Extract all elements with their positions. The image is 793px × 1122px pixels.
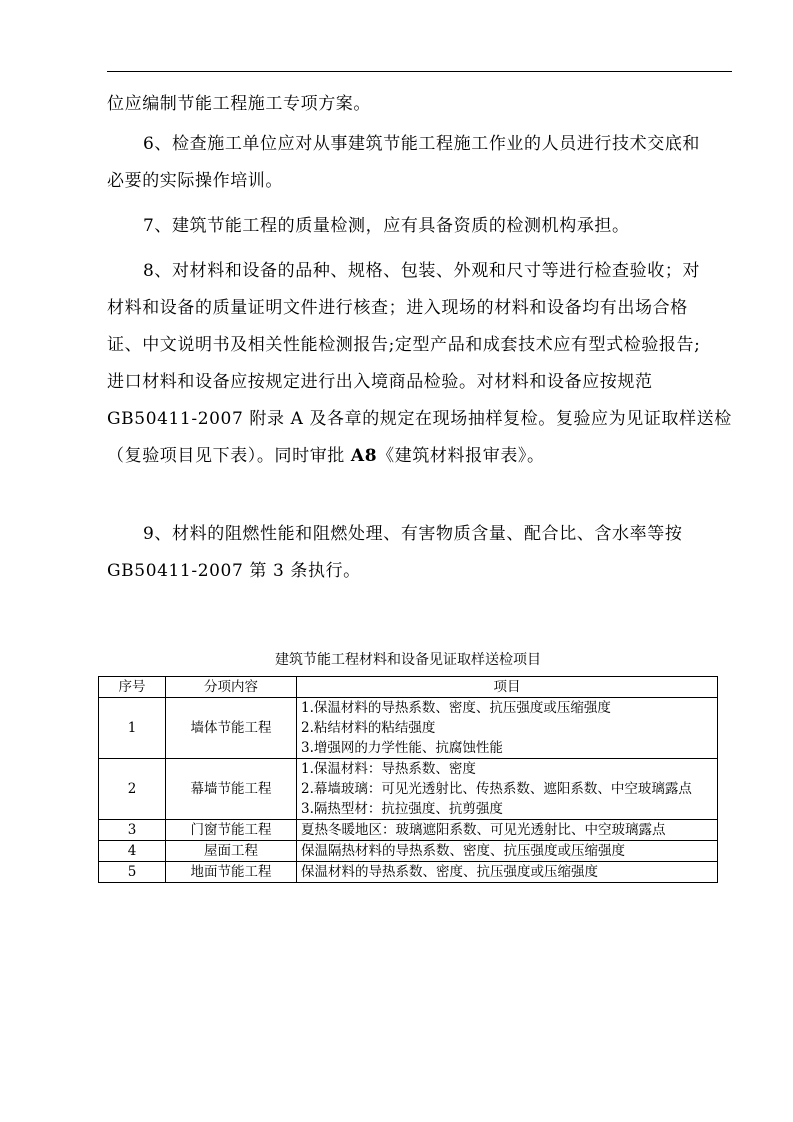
header-items: 项目 [297,677,718,698]
cell-sub: 地面节能工程 [166,862,297,883]
item-line: 保温隔热材料的导热系数、密度、抗压强度或压缩强度 [301,841,713,861]
text-run: （复验项目见下表）。同时审批 [107,446,351,466]
table-row: 5 地面节能工程 保温材料的导热系数、密度、抗压强度或压缩强度 [99,862,718,883]
cell-no: 3 [99,820,166,841]
table-row: 1 墙体节能工程 1.保温材料的导热系数、密度、抗压强度或压缩强度 2.粘结材料… [99,698,718,759]
cell-items: 1.保温材料的导热系数、密度、抗压强度或压缩强度 2.粘结材料的粘结强度 3.增… [297,698,718,759]
table-row: 4 屋面工程 保温隔热材料的导热系数、密度、抗压强度或压缩强度 [99,841,718,862]
cell-no: 4 [99,841,166,862]
table-row: 3 门窗节能工程 夏热冬暖地区：玻璃遮阳系数、可见光透射比、中空玻璃露点 [99,820,718,841]
header-rule [107,71,732,72]
item-line: 3.增强网的力学性能、抗腐蚀性能 [301,738,713,758]
cell-no: 5 [99,862,166,883]
text-line: GB50411-2007 附录 A 及各章的规定在现场抽样复检。复验应为见证取样… [107,401,733,438]
cell-items: 保温隔热材料的导热系数、密度、抗压强度或压缩强度 [297,841,718,862]
cell-items: 夏热冬暖地区：玻璃遮阳系数、可见光透射比、中空玻璃露点 [297,820,718,841]
inspection-items-table: 序号 分项内容 项目 1 墙体节能工程 1.保温材料的导热系数、密度、抗压强度或… [98,676,718,883]
text-line: （复验项目见下表）。同时审批 A8《建筑材料报审表》。 [107,438,733,475]
cell-sub: 门窗节能工程 [166,820,297,841]
cell-sub: 屋面工程 [166,841,297,862]
table-caption: 建筑节能工程材料和设备见证取样送检项目 [98,651,718,669]
item-line: 夏热冬暖地区：玻璃遮阳系数、可见光透射比、中空玻璃露点 [301,820,713,840]
item-line: 1.保温材料的导热系数、密度、抗压强度或压缩强度 [301,698,713,718]
text-line: 8、对材料和设备的品种、规格、包装、外观和尺寸等进行检查验收；对 [107,253,733,290]
cell-sub: 幕墙节能工程 [166,759,297,820]
text-line: GB50411-2007 第 3 条执行。 [107,553,733,590]
header-no: 序号 [99,677,166,698]
paragraph-5-tail: 位应编制节能工程施工专项方案。 [107,86,733,123]
text-line: 必要的实际操作培训。 [107,163,733,200]
header-sub: 分项内容 [166,677,297,698]
text-line: 进口材料和设备应按规定进行出入境商品检验。对材料和设备应按规范 [107,364,733,401]
item-line: 3.隔热型材：抗拉强度、抗剪强度 [301,799,713,819]
table-header-row: 序号 分项内容 项目 [99,677,718,698]
paragraph-7: 7、建筑节能工程的质量检测，应有具备资质的检测机构承担。 [107,208,733,245]
cell-items: 1.保温材料：导热系数、密度 2.幕墙玻璃：可见光透射比、传热系数、遮阳系数、中… [297,759,718,820]
text-line: 6、检查施工单位应对从事建筑节能工程施工作业的人员进行技术交底和 [107,126,733,163]
form-code: A8 [351,446,377,466]
item-line: 2.幕墙玻璃：可见光透射比、传热系数、遮阳系数、中空玻璃露点 [301,779,713,799]
cell-sub: 墙体节能工程 [166,698,297,759]
paragraph-6: 6、检查施工单位应对从事建筑节能工程施工作业的人员进行技术交底和 必要的实际操作… [107,126,733,200]
text-line: 位应编制节能工程施工专项方案。 [107,86,733,123]
cell-no: 2 [99,759,166,820]
text-run: 《建筑材料报审表》。 [377,446,545,466]
cell-items: 保温材料的导热系数、密度、抗压强度或压缩强度 [297,862,718,883]
cell-no: 1 [99,698,166,759]
text-line: 9、材料的阻燃性能和阻燃处理、有害物质含量、配合比、含水率等按 [107,516,733,553]
text-line: 证、中文说明书及相关性能检测报告;定型产品和成套技术应有型式检验报告; [107,327,733,364]
paragraph-9: 9、材料的阻燃性能和阻燃处理、有害物质含量、配合比、含水率等按 GB50411-… [107,516,733,590]
paragraph-8: 8、对材料和设备的品种、规格、包装、外观和尺寸等进行检查验收；对 材料和设备的质… [107,253,733,475]
table-row: 2 幕墙节能工程 1.保温材料：导热系数、密度 2.幕墙玻璃：可见光透射比、传热… [99,759,718,820]
item-line: 2.粘结材料的粘结强度 [301,718,713,738]
item-line: 1.保温材料：导热系数、密度 [301,759,713,779]
item-line: 保温材料的导热系数、密度、抗压强度或压缩强度 [301,862,713,882]
text-line: 材料和设备的质量证明文件进行核查；进入现场的材料和设备均有出场合格 [107,290,733,327]
text-line: 7、建筑节能工程的质量检测，应有具备资质的检测机构承担。 [107,208,733,245]
